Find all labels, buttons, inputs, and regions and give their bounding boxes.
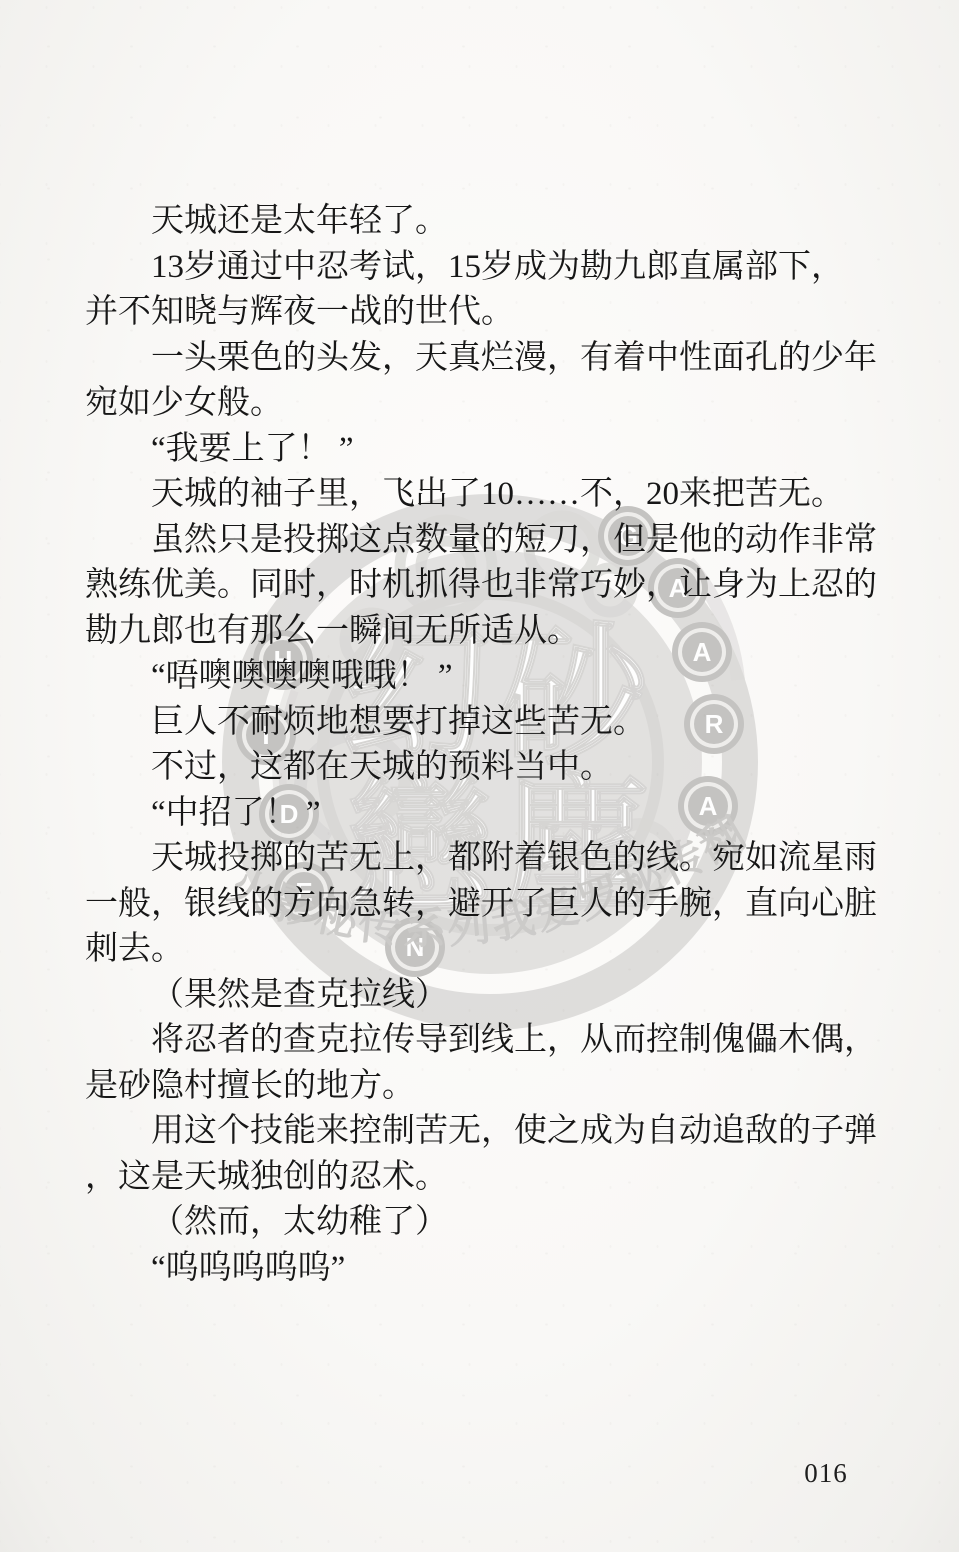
text-line: “呜呜呜呜呜” <box>85 1246 885 1292</box>
book-page: 幻砂 戀塵 GAARAHIDEN 火影秘传系列我爱罗秘传翻译 天城还是太年轻了。… <box>0 0 959 1552</box>
text-line: （果然是查克拉线） <box>85 973 885 1019</box>
text-line: （然而，太幼稚了） <box>85 1200 885 1246</box>
body-text: 天城还是太年轻了。13岁通过中忍考试，15岁成为勘九郎直属部下，并不知晓与辉夜一… <box>85 199 885 1291</box>
text-line: 巨人不耐烦地想要打掉这些苦无。 <box>85 700 885 746</box>
text-line: 天城的袖子里，飞出了10……不，20来把苦无。 <box>85 472 885 518</box>
text-line: 虽然只是投掷这点数量的短刀，但是他的动作非常 <box>85 518 885 564</box>
page-number: 016 <box>780 1458 872 1489</box>
text-line: 宛如少女般。 <box>85 381 885 427</box>
text-line: 天城投掷的苦无上，都附着银色的线。宛如流星雨 <box>85 836 885 882</box>
text-line: “我要上了！ ” <box>85 427 885 473</box>
text-line: “中招了！ ” <box>85 791 885 837</box>
text-line: 13岁通过中忍考试，15岁成为勘九郎直属部下， <box>85 245 885 291</box>
text-line: 勘九郎也有那么一瞬间无所适从。 <box>85 609 885 655</box>
text-line: 天城还是太年轻了。 <box>85 199 885 245</box>
text-line: 不过，这都在天城的预料当中。 <box>85 745 885 791</box>
text-line: 一头栗色的头发，天真烂漫，有着中性面孔的少年 <box>85 336 885 382</box>
text-line: 熟练优美。同时，时机抓得也非常巧妙，让身为上忍的 <box>85 563 885 609</box>
text-line: 刺去。 <box>85 927 885 973</box>
text-line: 将忍者的查克拉传导到线上，从而控制傀儡木偶， <box>85 1018 885 1064</box>
text-line: 用这个技能来控制苦无，使之成为自动追敌的子弹 <box>85 1109 885 1155</box>
text-line: 并不知晓与辉夜一战的世代。 <box>85 290 885 336</box>
text-line: ，这是天城独创的忍术。 <box>85 1155 885 1201</box>
text-line: “唔噢噢噢噢哦哦！ ” <box>85 654 885 700</box>
text-line: 一般，银线的方向急转，避开了巨人的手腕，直向心脏 <box>85 882 885 928</box>
text-line: 是砂隐村擅长的地方。 <box>85 1064 885 1110</box>
